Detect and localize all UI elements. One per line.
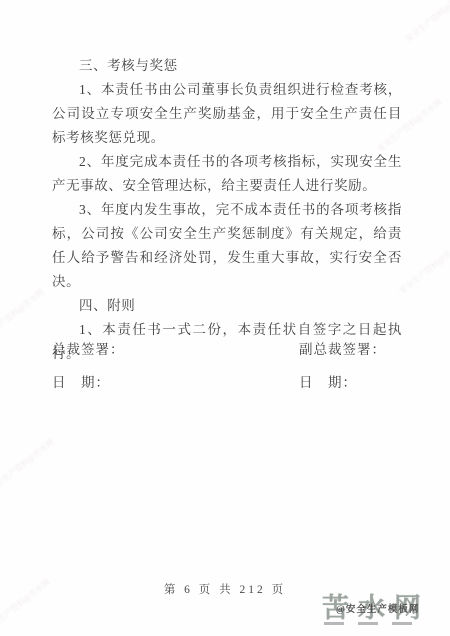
diagonal-watermark: 安全生产资料@苦水网: [0, 287, 46, 345]
site-logo-underline-marks: [324, 622, 412, 625]
president-sign-label: 总裁签署：: [52, 338, 125, 358]
underline-dash: [324, 622, 344, 625]
president-signature-column: 总裁签署： 日 期：: [52, 338, 125, 391]
signature-block: 总裁签署： 日 期： 副总裁签署： 日 期：: [52, 338, 410, 391]
site-logo-watermark: 苦水网 @安全生产模板网: [322, 586, 448, 632]
underline-dash: [392, 622, 412, 625]
diagonal-watermark: 安全生产资料@苦水网: [0, 437, 56, 495]
paragraph-2: 2、年度完成本责任书的各项考核指标，实现安全生产无事故、安全管理达标，给主要责任…: [52, 150, 402, 198]
vice-president-sign-label: 副总裁签署：: [299, 338, 386, 358]
document-page: 安全生产资料@苦水网 安全生产资料@苦水网 安全生产资料@苦水网 安全生产资料@…: [0, 0, 450, 636]
document-body: 三、考核与奖惩 1、本责任书由公司董事长负责组织进行检查考核，公司设立专项安全生…: [52, 54, 402, 366]
underline-dash: [358, 622, 378, 625]
section-heading-appendix: 四、附则: [52, 294, 402, 318]
diagonal-watermark: 安全生产资料@苦水网: [403, 0, 450, 44]
paragraph-1: 1、本责任书由公司董事长负责组织进行检查考核，公司设立专项安全生产奖励基金，用于…: [52, 78, 402, 150]
paragraph-3: 3、年度内发生事故，完不成本责任书的各项考核指标，公司按《公司安全生产奖惩制度》…: [52, 198, 402, 294]
vice-president-date-label: 日 期：: [299, 371, 386, 391]
site-logo-overlay-text: @安全生产模板网: [336, 601, 419, 615]
diagonal-watermark: 安全生产资料@苦水网: [397, 239, 450, 297]
section-heading-assessment: 三、考核与奖惩: [52, 54, 402, 78]
president-date-label: 日 期：: [52, 371, 125, 391]
vice-president-signature-column: 副总裁签署： 日 期：: [299, 338, 386, 391]
